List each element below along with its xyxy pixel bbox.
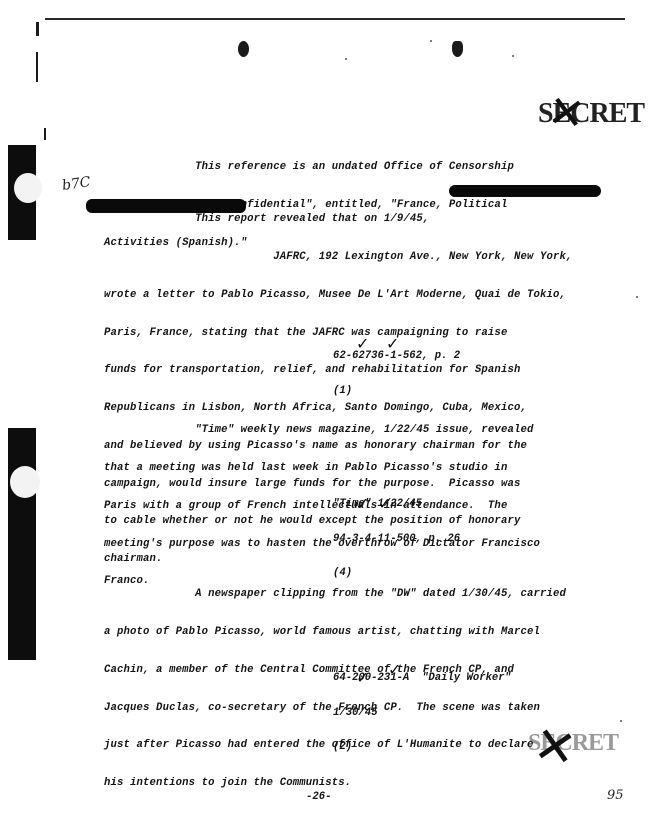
- redaction-bar: [86, 199, 246, 213]
- edge-mark: [36, 22, 39, 36]
- header-rule: [45, 18, 625, 20]
- check-mark-icon: ✓: [386, 334, 399, 353]
- punch-hole-right: [452, 41, 463, 57]
- scan-speck: [512, 55, 514, 57]
- film-strip-top: [8, 145, 36, 240]
- text-line: A newspaper clipping from the "DW" dated…: [104, 588, 566, 601]
- serial-number: (2): [333, 742, 511, 754]
- source-reference: "Time" 1/22/45: [333, 499, 460, 511]
- check-mark-icon: ✓: [356, 334, 369, 353]
- edge-mark: [44, 128, 46, 140]
- scan-speck: [430, 40, 432, 42]
- page-number: -26-: [306, 791, 331, 803]
- strike-x-icon: ✕: [545, 86, 589, 142]
- text-line: JAFRC, 192 Lexington Ave., New York, New…: [104, 251, 573, 264]
- check-mark-icon: ✓: [356, 494, 369, 513]
- scan-speck: [345, 58, 347, 60]
- date-reference: 1/30/45: [333, 708, 511, 720]
- check-mark-icon: ✓: [378, 494, 391, 513]
- marginal-note: b7C: [61, 174, 92, 194]
- text-line: his intentions to join the Communists.: [104, 777, 566, 790]
- serial-number: (1): [333, 386, 460, 398]
- text-line: meeting's purpose was to hasten the over…: [104, 538, 540, 551]
- text-line: This report revealed that on 1/9/45,: [104, 213, 573, 226]
- punch-hole-left: [238, 41, 249, 57]
- text-line: This reference is an undated Office of C…: [104, 161, 514, 174]
- scan-speck: [620, 720, 622, 722]
- file-reference: 94-3-4-11-500, p. 26: [333, 534, 460, 546]
- check-mark-icon: ✓: [388, 660, 401, 679]
- text-line: wrote a letter to Pablo Picasso, Musee D…: [104, 289, 573, 302]
- scan-speck: [636, 296, 638, 298]
- text-line: "Time" weekly news magazine, 1/22/45 iss…: [104, 424, 540, 437]
- edge-mark: [36, 52, 38, 82]
- film-hole: [10, 466, 40, 498]
- film-hole: [14, 173, 42, 203]
- handwritten-doc-number: 95: [607, 788, 624, 803]
- text-line: a photo of Pablo Picasso, world famous a…: [104, 626, 566, 639]
- text-line: Paris with a group of French intellectua…: [104, 500, 540, 513]
- redaction-bar: [449, 185, 601, 197]
- check-mark-icon: ✓: [356, 668, 369, 687]
- film-strip-bottom: [8, 428, 36, 660]
- text-line: that a meeting was held last week in Pab…: [104, 462, 540, 475]
